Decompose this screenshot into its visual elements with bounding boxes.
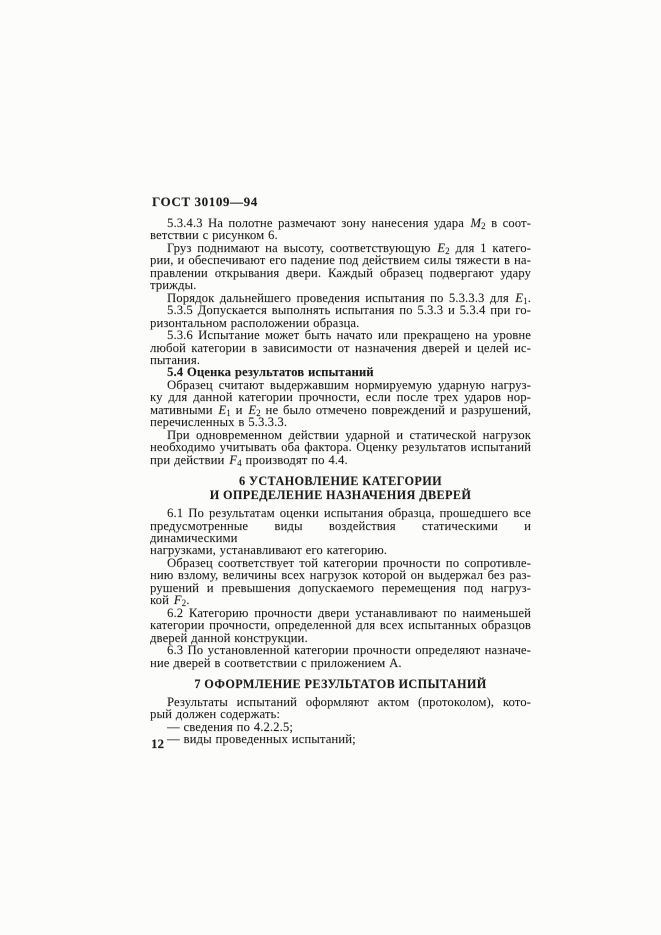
text-line: рии, и обеспечивают его падение под дейс… (150, 254, 531, 266)
text-line: трижды. (150, 279, 531, 291)
text-line: кой F2. (150, 594, 531, 606)
text-line: ние дверей в соответствии с приложением … (150, 657, 531, 669)
math-variable: M (469, 216, 481, 230)
text-line: 5.3.5 Допускается выполнять испытания по… (150, 304, 531, 316)
document-body: 5.3.4.3 На полотне размечают зону нанесе… (150, 217, 531, 746)
section-heading-line: 6 УСТАНОВЛЕНИЕ КАТЕГОРИИ (150, 474, 531, 488)
section-heading: 7 ОФОРМЛЕНИЕ РЕЗУЛЬТАТОВ ИСПЫТАНИЙ (150, 677, 531, 691)
text-line: перечисленных в 5.3.3.3. (150, 416, 531, 428)
text-line: 6.1 По результатам оценки испытания обра… (150, 507, 531, 519)
math-variable-subscript: 2 (481, 221, 486, 231)
text-line: ку для данной категории прочности, если … (150, 391, 531, 403)
text-line: 5.3.6 Испытание может быть начато или пр… (150, 329, 531, 341)
section-heading-line: И ОПРЕДЕЛЕНИЕ НАЗНАЧЕНИЯ ДВЕРЕЙ (150, 488, 531, 502)
section-heading: 6 УСТАНОВЛЕНИЕ КАТЕГОРИИИ ОПРЕДЕЛЕНИЕ НА… (150, 474, 531, 502)
text-line: при действии F4 производят по 4.4. (150, 454, 531, 466)
section-heading-line: 7 ОФОРМЛЕНИЕ РЕЗУЛЬТАТОВ ИСПЫТАНИЙ (150, 677, 531, 691)
math-variable-subscript: 4 (237, 458, 242, 468)
text-line: нию взлому, величины всех нагрузок котор… (150, 569, 531, 581)
text-line: рый должен содержать: (150, 708, 531, 720)
text-line: категории прочности, определенной для вс… (150, 619, 531, 631)
page-number: 12 (151, 736, 164, 752)
text-line: любой категории в зависимости от назначе… (150, 342, 531, 354)
text-line: предусмотренные виды воздействия статиче… (150, 520, 531, 545)
math-variable: F (228, 453, 237, 467)
text-line: 6.3 По установленной категории прочности… (150, 644, 531, 656)
document-page: ГОСТ 30109—94 5.3.4.3 На полотне размеча… (0, 0, 661, 935)
text-line: рушений и превышения допускаемого переме… (150, 582, 531, 594)
text-line: — виды проведенных испытаний; (150, 733, 531, 745)
text-line: нагрузками, устанавливают его категорию. (150, 544, 531, 556)
text-line: правлении открывания двери. Каждый образ… (150, 267, 531, 279)
running-header: ГОСТ 30109—94 (152, 194, 258, 210)
text-line: необходимо учитывать оба фактора. Оценку… (150, 441, 531, 453)
